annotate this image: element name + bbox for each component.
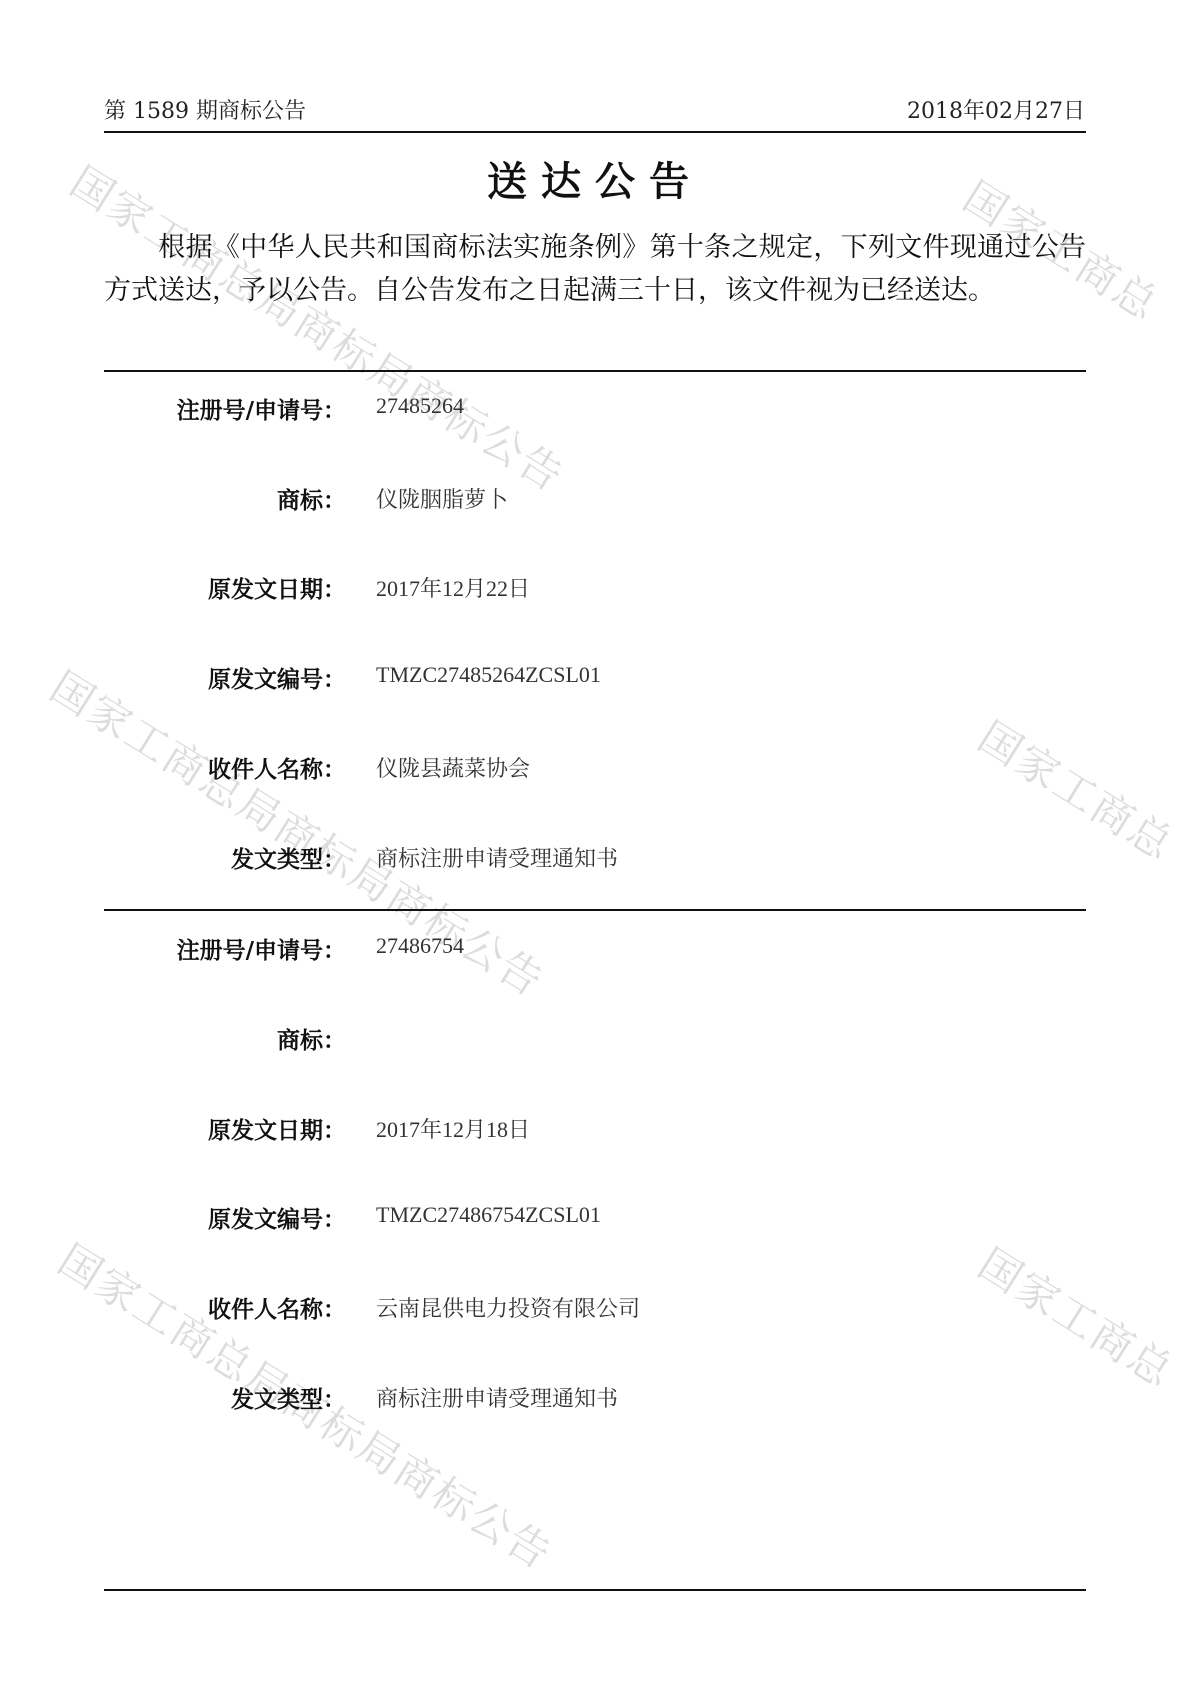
label-doc-type: 发文类型： <box>231 1381 346 1414</box>
field-trademark: 商标： 仪陇胭脂萝卜 <box>104 482 1086 522</box>
field-orig-no: 原发文编号： TMZC27486754ZCSL01 <box>104 1201 1086 1241</box>
field-trademark: 商标： <box>104 1022 1086 1062</box>
field-recipient: 收件人名称： 云南昆供电力投资有限公司 <box>104 1291 1086 1331</box>
value-doc-type: 商标注册申请受理通知书 <box>376 842 618 873</box>
field-doc-type: 发文类型： 商标注册申请受理通知书 <box>104 1381 1086 1421</box>
value-recipient: 仪陇县蔬菜协会 <box>376 752 530 783</box>
field-orig-date: 原发文日期： 2017年12月18日 <box>104 1112 1086 1152</box>
intro-paragraph: 根据《中华人民共和国商标法实施条例》第十条之规定，下列文件现通过公告方式送达，予… <box>104 226 1086 312</box>
label-doc-type: 发文类型： <box>231 841 346 874</box>
label-trademark: 商标： <box>277 1022 346 1055</box>
intro-text: 根据《中华人民共和国商标法实施条例》第十条之规定，下列文件现通过公告方式送达，予… <box>104 232 1086 306</box>
value-orig-no: TMZC27486754ZCSL01 <box>376 1202 601 1228</box>
field-recipient: 收件人名称： 仪陇县蔬菜协会 <box>104 751 1086 791</box>
field-orig-date: 原发文日期： 2017年12月22日 <box>104 571 1086 611</box>
section-divider <box>104 370 1086 372</box>
value-doc-type: 商标注册申请受理通知书 <box>376 1382 618 1413</box>
header-divider <box>104 131 1086 133</box>
label-orig-date: 原发文日期： <box>208 1112 346 1145</box>
value-orig-date: 2017年12月22日 <box>376 572 530 603</box>
publish-date: 2018年02月27日 <box>907 94 1085 125</box>
value-reg-no: 27485264 <box>376 393 464 419</box>
label-trademark: 商标： <box>277 482 346 515</box>
value-recipient: 云南昆供电力投资有限公司 <box>376 1292 640 1323</box>
label-orig-no: 原发文编号： <box>208 1201 346 1234</box>
record-divider <box>104 909 1086 911</box>
label-orig-date: 原发文日期： <box>208 571 346 604</box>
field-orig-no: 原发文编号： TMZC27485264ZCSL01 <box>104 661 1086 701</box>
label-recipient: 收件人名称： <box>208 1291 346 1324</box>
field-doc-type: 发文类型： 商标注册申请受理通知书 <box>104 841 1086 881</box>
label-recipient: 收件人名称： <box>208 751 346 784</box>
value-orig-date: 2017年12月18日 <box>376 1113 530 1144</box>
value-orig-no: TMZC27485264ZCSL01 <box>376 662 601 688</box>
label-reg-no: 注册号/申请号： <box>177 932 346 965</box>
issue-number: 第 1589 期商标公告 <box>104 94 306 125</box>
footer-divider <box>104 1589 1086 1591</box>
label-reg-no: 注册号/申请号： <box>177 392 346 425</box>
page-title: 送达公告 <box>0 150 1190 207</box>
field-reg-no: 注册号/申请号： 27486754 <box>104 932 1086 972</box>
field-reg-no: 注册号/申请号： 27485264 <box>104 392 1086 432</box>
label-orig-no: 原发文编号： <box>208 661 346 694</box>
value-reg-no: 27486754 <box>376 933 464 959</box>
value-trademark: 仪陇胭脂萝卜 <box>376 483 508 514</box>
